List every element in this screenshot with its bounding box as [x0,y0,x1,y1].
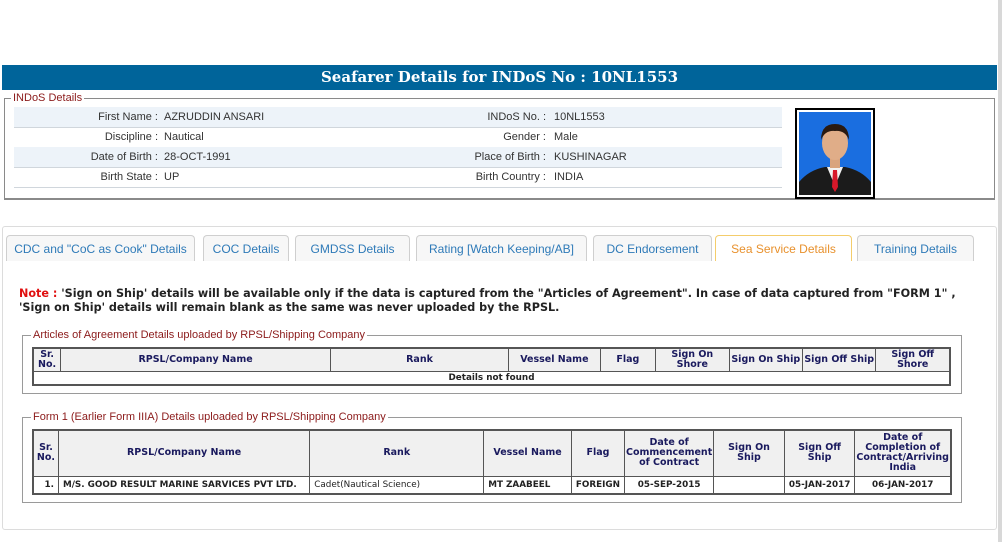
label-indos-no: INDoS No. : [414,107,546,127]
cell-completion-date: 06-JAN-2017 [855,476,951,494]
value-first-name: AZRUDDIN ANSARI [164,107,264,127]
col-sign-off-ship: Sign Off Ship [784,430,855,476]
label-gender: Gender : [414,127,546,147]
form1-table: Sr. No. RPSL/Company Name Rank Vessel Na… [32,429,952,495]
label-discipline: Discipline : [14,127,158,147]
label-dob: Date of Birth : [14,147,158,167]
value-birth-country: INDIA [554,167,583,187]
col-sign-on-shore: Sign On Shore [656,348,729,371]
indos-details-legend: INDoS Details [11,92,84,104]
seafarer-photo [795,108,875,199]
label-birth-country: Birth Country : [414,167,546,187]
table-row: 1. M/S. GOOD RESULT MARINE SARVICES PVT … [33,476,951,494]
col-rank: Rank [330,348,508,371]
cell-sign-off-ship: 05-JAN-2017 [784,476,855,494]
form1-legend: Form 1 (Earlier Form IIIA) Details uploa… [31,411,388,423]
vertical-scrollbar[interactable] [998,0,1002,542]
cell-sign-on-ship [714,476,785,494]
value-indos-no: 10NL1553 [554,107,605,127]
page-title: Seafarer Details for INDoS No : 10NL1553 [2,65,997,90]
col-completion-date: Date of Completion of Contract/Arriving … [855,430,951,476]
cell-flag: FOREIGN [571,476,624,494]
value-discipline: Nautical [164,127,204,147]
col-vessel-name: Vessel Name [509,348,601,371]
articles-legend: Articles of Agreement Details uploaded b… [31,329,367,341]
info-row-dob: Date of Birth : 28-OCT-1991 Place of Bir… [14,147,782,168]
tab-dc-endorsement[interactable]: DC Endorsement [593,235,712,261]
col-sign-off-shore: Sign Off Shore [876,348,950,371]
col-flag: Flag [571,430,624,476]
sign-on-ship-note: Note : 'Sign on Ship' details will be av… [19,287,979,315]
col-sr-no: Sr. No. [33,348,61,371]
col-flag: Flag [600,348,655,371]
label-first-name: First Name : [14,107,158,127]
tab-sea-service-details[interactable]: Sea Service Details [715,235,852,261]
col-sr-no: Sr. No. [33,430,58,476]
cell-commencement-date: 05-SEP-2015 [625,476,714,494]
col-sign-off-ship: Sign Off Ship [802,348,875,371]
tab-gmdss-details[interactable]: GMDSS Details [295,235,410,261]
cell-rank: Cadet(Nautical Science) [310,476,484,494]
value-birth-state: UP [164,167,179,187]
cell-vessel-name: MT ZAABEEL [484,476,572,494]
info-row-birth-state: Birth State : UP Birth Country : INDIA [14,167,782,188]
cell-sr-no: 1. [33,476,58,494]
value-dob: 28-OCT-1991 [164,147,231,167]
col-company-name: RPSL/Company Name [61,348,331,371]
col-sign-on-ship: Sign On Ship [729,348,802,371]
label-birth-state: Birth State : [14,167,158,187]
col-company-name: RPSL/Company Name [58,430,309,476]
tab-rating-watch-keeping[interactable]: Rating [Watch Keeping/AB] [416,235,587,261]
articles-table: Sr. No. RPSL/Company Name Rank Vessel Na… [32,347,951,386]
details-not-found: Details not found [33,371,950,385]
cell-company-name: M/S. GOOD RESULT MARINE SARVICES PVT LTD… [58,476,309,494]
col-commencement-date: Date of Commencement of Contract [625,430,714,476]
info-row-name: First Name : AZRUDDIN ANSARI INDoS No. :… [14,107,782,128]
tab-training-details[interactable]: Training Details [857,235,974,261]
value-gender: Male [554,127,578,147]
tab-cdc-details[interactable]: CDC and "CoC as Cook" Details [6,235,195,261]
person-photo-icon [799,112,871,195]
value-place-of-birth: KUSHINAGAR [554,147,627,167]
info-row-discipline: Discipline : Nautical Gender : Male [14,127,782,148]
tab-coc-details[interactable]: COC Details [203,235,289,261]
col-rank: Rank [310,430,484,476]
note-text: 'Sign on Ship' details will be available… [19,287,956,314]
label-place-of-birth: Place of Birth : [414,147,546,167]
note-label: Note : [19,287,57,300]
col-sign-on-ship: Sign On Ship [714,430,785,476]
col-vessel-name: Vessel Name [484,430,572,476]
